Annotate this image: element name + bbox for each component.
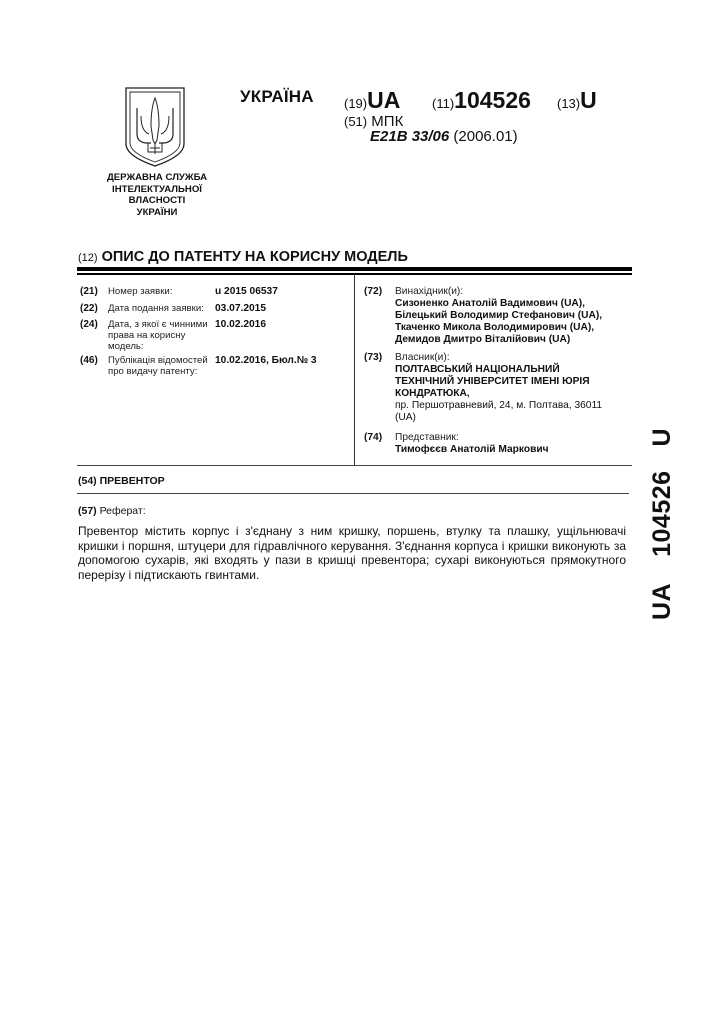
divider bbox=[77, 493, 629, 494]
inventor-name: Сизоненко Анатолій Вадимович (UA), bbox=[395, 298, 640, 310]
inid-code: (46) bbox=[80, 355, 98, 366]
invention-title: (54) ПРЕВЕНТОР bbox=[78, 475, 165, 487]
owner-address-line: пр. Першотравневий, 24, м. Полтава, 3601… bbox=[395, 400, 640, 412]
representative-name: Тимофєєв Анатолій Маркович bbox=[395, 444, 640, 456]
field-label: Винахідник(и): bbox=[395, 286, 640, 298]
divider-thick bbox=[77, 267, 632, 271]
inid-code: (12) bbox=[78, 252, 98, 264]
field-filing-date: (22) Дата подання заявки: 03.07.2015 bbox=[80, 303, 350, 317]
side-patent-number: UA104526U bbox=[648, 428, 677, 620]
column-divider bbox=[354, 274, 355, 466]
inid-code: (54) bbox=[78, 475, 97, 487]
document-title: (12) ОПИС ДО ПАТЕНТУ НА КОРИСНУ МОДЕЛЬ bbox=[78, 249, 408, 265]
field-value: 10.02.2016 bbox=[215, 319, 355, 330]
kind-code-value: U bbox=[580, 87, 597, 113]
document-title-text: ОПИС ДО ПАТЕНТУ НА КОРИСНУ МОДЕЛЬ bbox=[102, 249, 408, 265]
divider bbox=[77, 465, 632, 466]
inventor-name: Демидов Дмитро Віталійович (UA) bbox=[395, 334, 640, 346]
inid-code: (22) bbox=[80, 303, 98, 314]
country-code: (19)UA bbox=[344, 87, 400, 114]
patent-office-name: ДЕРЖАВНА СЛУЖБА ІНТЕЛЕКТУАЛЬНОЇ ВЛАСНОСТ… bbox=[95, 172, 219, 218]
office-line: УКРАЇНИ bbox=[95, 207, 219, 219]
side-number: 104526 bbox=[648, 470, 677, 556]
inid-code: (21) bbox=[80, 286, 98, 297]
field-representative: (74) Представник: Тимофєєв Анатолій Марк… bbox=[364, 432, 634, 460]
field-value: 10.02.2016, Бюл.№ 3 bbox=[215, 355, 355, 366]
inid-code: (73) bbox=[364, 352, 382, 364]
side-country: UA bbox=[648, 583, 677, 620]
kind-code: (13)U bbox=[557, 87, 597, 114]
field-label: Представник: bbox=[395, 432, 640, 444]
invention-title-text: ПРЕВЕНТОР bbox=[100, 475, 165, 487]
inid-code: (74) bbox=[364, 432, 382, 444]
side-kind: U bbox=[648, 428, 677, 447]
abstract-text: Превентор містить корпус і з'єднану з ни… bbox=[78, 524, 626, 582]
inid-code: (72) bbox=[364, 286, 382, 298]
field-publication: (46) Публікація відомостей про видачу па… bbox=[80, 355, 350, 379]
inid-code: (19) bbox=[344, 96, 367, 111]
field-label: Публікація відомостей про видачу патенту… bbox=[108, 355, 216, 377]
abstract-heading: (57) Реферат: bbox=[78, 505, 146, 517]
ipc-class: E21B 33/06 bbox=[370, 128, 449, 145]
coat-of-arms-icon bbox=[124, 86, 186, 168]
patent-number: (11)104526 bbox=[432, 87, 531, 114]
field-effective-date: (24) Дата, з якої є чинними права на кор… bbox=[80, 319, 350, 353]
owner-address-line: (UA) bbox=[395, 412, 640, 424]
inid-code: (51) bbox=[344, 114, 367, 129]
field-value: u 2015 06537 bbox=[215, 286, 355, 297]
inid-code: (57) bbox=[78, 505, 97, 517]
field-label: Номер заявки: bbox=[108, 286, 213, 297]
inventor-name: Ткаченко Микола Володимирович (UA), bbox=[395, 322, 640, 334]
field-owner: (73) Власник(и): ПОЛТАВСЬКИЙ НАЦІОНАЛЬНИ… bbox=[364, 352, 634, 432]
office-line: ІНТЕЛЕКТУАЛЬНОЇ bbox=[95, 184, 219, 196]
field-application-number: (21) Номер заявки: u 2015 06537 bbox=[80, 286, 350, 300]
inventor-name: Білецький Володимир Стефанович (UA), bbox=[395, 310, 640, 322]
abstract-label: Реферат: bbox=[100, 505, 146, 517]
field-value: 03.07.2015 bbox=[215, 303, 355, 314]
office-line: ДЕРЖАВНА СЛУЖБА bbox=[95, 172, 219, 184]
owner-name-line: ТЕХНІЧНИЙ УНІВЕРСИТЕТ ІМЕНІ ЮРІЯ bbox=[395, 376, 640, 388]
inid-code: (24) bbox=[80, 319, 98, 330]
field-inventors: (72) Винахідник(и): Сизоненко Анатолій В… bbox=[364, 286, 634, 346]
ipc-version: (2006.01) bbox=[453, 128, 517, 145]
owner-name-line: КОНДРАТЮКА, bbox=[395, 388, 640, 400]
inid-code: (13) bbox=[557, 96, 580, 111]
owner-name-line: ПОЛТАВСЬКИЙ НАЦІОНАЛЬНИЙ bbox=[395, 364, 640, 376]
office-line: ВЛАСНОСТІ bbox=[95, 195, 219, 207]
field-label: Власник(и): bbox=[395, 352, 640, 364]
country-name: УКРАЇНА bbox=[240, 87, 314, 107]
patent-number-value: 104526 bbox=[454, 87, 531, 113]
country-code-value: UA bbox=[367, 87, 400, 113]
field-label: Дата подання заявки: bbox=[108, 303, 213, 314]
inid-code: (11) bbox=[432, 96, 454, 111]
field-label: Дата, з якої є чинними права на корисну … bbox=[108, 319, 208, 352]
ipc-classification: E21B 33/06 (2006.01) bbox=[370, 128, 518, 145]
